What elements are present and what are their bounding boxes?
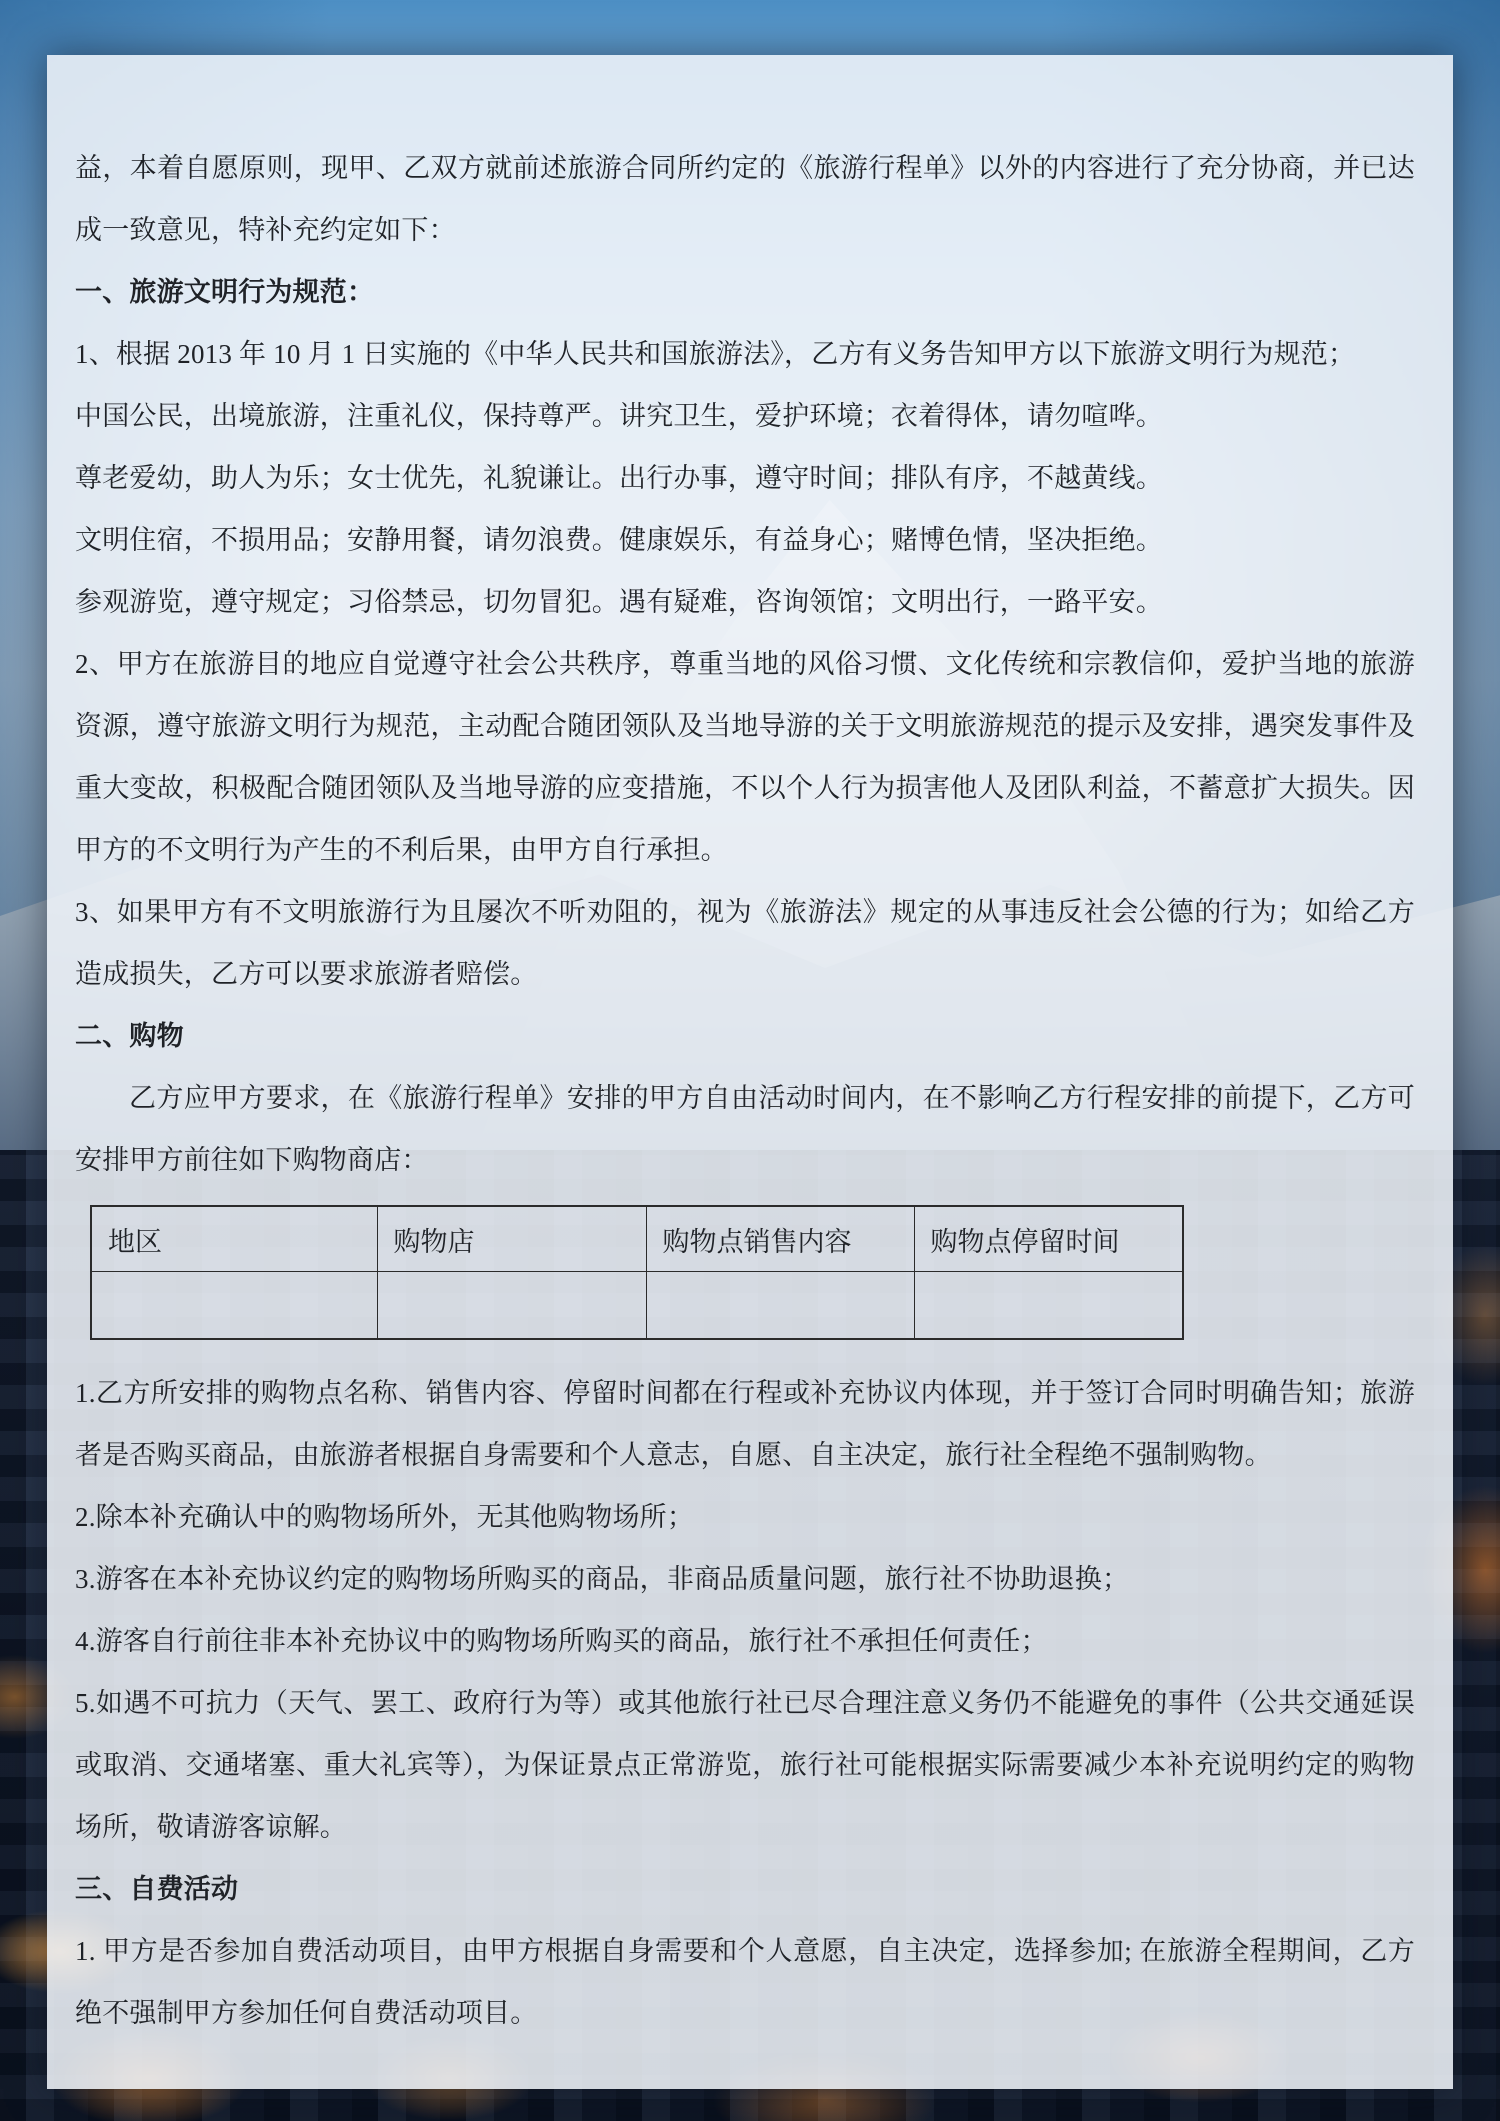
para-shopping-note-2: 2.除本补充确认中的购物场所外，无其他购物场所； xyxy=(75,1486,1415,1548)
shopping-table-header-row: 地区 购物店 购物点销售内容 购物点停留时间 xyxy=(91,1206,1183,1272)
para-clause-1-3: 3、如果甲方有不文明旅游行为且屡次不听劝阻的，视为《旅游法》规定的从事违反社会公… xyxy=(75,881,1415,1005)
para-paid-activities-1: 1. 甲方是否参加自费活动项目，由甲方根据自身需要和个人意愿，自主决定，选择参加… xyxy=(75,1920,1415,2044)
table-cell-duration xyxy=(914,1272,1183,1340)
table-cell-store xyxy=(377,1272,646,1340)
para-etiquette-3: 文明住宿，不损用品；安静用餐，请勿浪费。健康娱乐，有益身心；赌博色情，坚决拒绝。 xyxy=(75,509,1415,571)
document-page: 益，本着自愿原则，现甲、乙双方就前述旅游合同所约定的《旅游行程单》以外的内容进行… xyxy=(47,55,1453,2089)
para-intro: 益，本着自愿原则，现甲、乙双方就前述旅游合同所约定的《旅游行程单》以外的内容进行… xyxy=(75,137,1415,261)
para-shopping-note-1: 1.乙方所安排的购物点名称、销售内容、停留时间都在行程或补充协议内体现，并于签订… xyxy=(75,1362,1415,1486)
document-body: 益，本着自愿原则，现甲、乙双方就前述旅游合同所约定的《旅游行程单》以外的内容进行… xyxy=(75,137,1415,2044)
para-shopping-note-5: 5.如遇不可抗力（天气、罢工、政府行为等）或其他旅行社已尽合理注意义务仍不能避免… xyxy=(75,1672,1415,1858)
para-shopping-note-4: 4.游客自行前往非本补充协议中的购物场所购买的商品，旅行社不承担任何责任； xyxy=(75,1610,1415,1672)
para-etiquette-4: 参观游览，遵守规定；习俗禁忌，切勿冒犯。遇有疑难，咨询领馆；文明出行，一路平安。 xyxy=(75,571,1415,633)
para-law-notice: 1、根据 2013 年 10 月 1 日实施的《中华人民共和国旅游法》，乙方有义… xyxy=(75,323,1415,385)
shopping-table-header-region: 地区 xyxy=(91,1206,377,1272)
table-cell-goods xyxy=(646,1272,914,1340)
shopping-table-header-goods: 购物点销售内容 xyxy=(646,1206,914,1272)
para-clause-1-2: 2、甲方在旅游目的地应自觉遵守社会公共秩序，尊重当地的风俗习惯、文化传统和宗教信… xyxy=(75,633,1415,881)
shopping-table-header-store: 购物店 xyxy=(377,1206,646,1272)
table-cell-region xyxy=(91,1272,377,1340)
shopping-table-header-duration: 购物点停留时间 xyxy=(914,1206,1183,1272)
heading-paid-activities: 三、自费活动 xyxy=(75,1858,1415,1920)
para-etiquette-1: 中国公民，出境旅游，注重礼仪，保持尊严。讲究卫生，爱护环境；衣着得体，请勿喧哗。 xyxy=(75,385,1415,447)
heading-civilized-behavior: 一、旅游文明行为规范： xyxy=(75,261,1415,323)
shopping-table: 地区 购物店 购物点销售内容 购物点停留时间 xyxy=(90,1205,1184,1340)
para-shopping-note-3: 3.游客在本补充协议约定的购物场所购买的商品，非商品质量问题，旅行社不协助退换； xyxy=(75,1548,1415,1610)
table-row xyxy=(91,1272,1183,1340)
para-shopping-intro: 乙方应甲方要求，在《旅游行程单》安排的甲方自由活动时间内，在不影响乙方行程安排的… xyxy=(75,1067,1415,1191)
heading-shopping: 二、购物 xyxy=(75,1005,1415,1067)
para-etiquette-2: 尊老爱幼，助人为乐；女士优先，礼貌谦让。出行办事，遵守时间；排队有序，不越黄线。 xyxy=(75,447,1415,509)
